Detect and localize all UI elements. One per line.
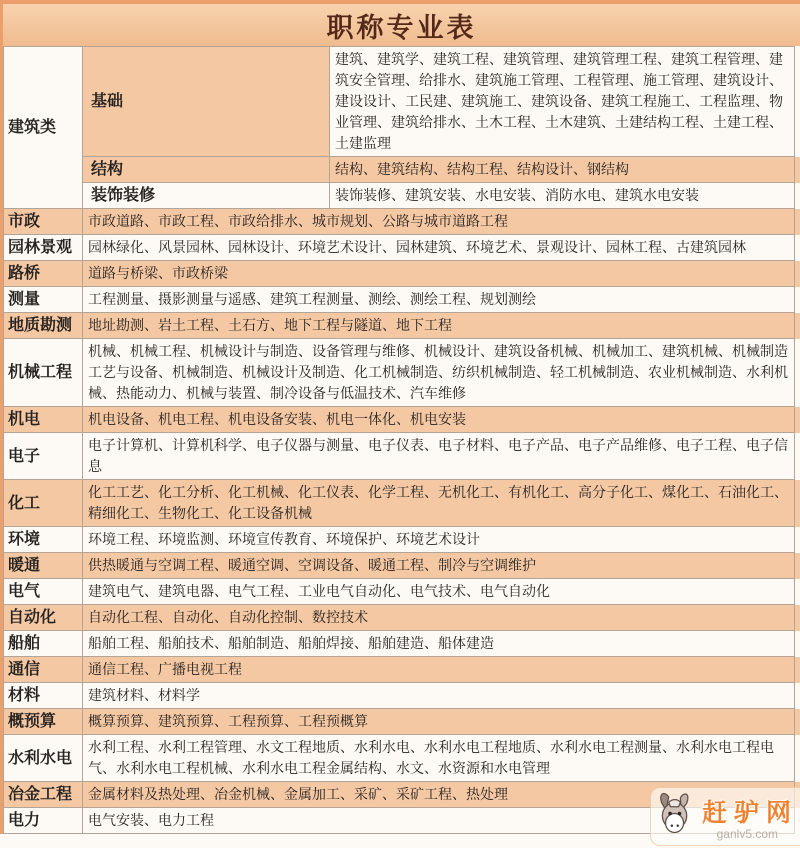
specialties-cell: 建筑材料、材料学 bbox=[83, 683, 795, 709]
category-cell: 材料 bbox=[4, 683, 83, 709]
specialties-cell: 船舶工程、船舶技术、船舶制造、船舶焊接、船舶建造、船体建造 bbox=[83, 631, 795, 657]
category-cell: 电力 bbox=[4, 808, 83, 834]
table-edge-strip bbox=[795, 313, 800, 339]
table-row: 装饰装修 装饰装修、建筑安装、水电安装、消防水电、建筑水电安装 bbox=[4, 183, 800, 209]
watermark-site-url: ganlv5.com bbox=[717, 827, 778, 841]
category-cell: 测量 bbox=[4, 287, 83, 313]
table-edge-strip bbox=[795, 157, 800, 183]
category-cell: 环境 bbox=[4, 527, 83, 553]
table-edge-strip bbox=[795, 527, 800, 553]
table-row: 概预算 概算预算、建筑预算、工程预算、工程预概算 bbox=[4, 709, 800, 735]
subcategory-cell: 基础 bbox=[83, 47, 330, 157]
table-row: 暖通 供热暖通与空调工程、暖通空调、空调设备、暖通工程、制冷与空调维护 bbox=[4, 553, 800, 579]
table-row: 机电 机电设备、机电工程、机电设备安装、机电一体化、机电安装 bbox=[4, 407, 800, 433]
table-row: 环境 环境工程、环境监测、环境宣传教育、环境保护、环境艺术设计 bbox=[4, 527, 800, 553]
table-row: 园林景观 园林绿化、风景园林、园林设计、环境艺术设计、园林建筑、环境艺术、景观设… bbox=[4, 235, 800, 261]
specialties-cell: 结构、建筑结构、结构工程、结构设计、钢结构 bbox=[330, 157, 795, 183]
table-row: 船舶 船舶工程、船舶技术、船舶制造、船舶焊接、船舶建造、船体建造 bbox=[4, 631, 800, 657]
table-edge-strip bbox=[795, 480, 800, 527]
table-edge-strip bbox=[795, 235, 800, 261]
table-row: 市政 市政道路、市政工程、市政给排水、城市规划、公路与城市道路工程 bbox=[4, 209, 800, 235]
table-edge-strip bbox=[795, 735, 800, 782]
specialties-cell: 概算预算、建筑预算、工程预算、工程预概算 bbox=[83, 709, 795, 735]
table-row: 机械工程 机械、机械工程、机械设计与制造、设备管理与维修、机械设计、建筑设备机械… bbox=[4, 339, 800, 407]
category-cell: 园林景观 bbox=[4, 235, 83, 261]
subcategory-cell: 结构 bbox=[83, 157, 330, 183]
watermark-site-name: 赶驴网 bbox=[702, 793, 798, 829]
specialty-table: 建筑类 基础 建筑、建筑学、建筑工程、建筑管理、建筑管理工程、建筑工程管理、建筑… bbox=[3, 46, 800, 834]
table-edge-strip bbox=[795, 339, 800, 407]
specialties-cell: 装饰装修、建筑安装、水电安装、消防水电、建筑水电安装 bbox=[330, 183, 795, 209]
category-cell: 船舶 bbox=[4, 631, 83, 657]
category-cell: 概预算 bbox=[4, 709, 83, 735]
title-bar: 职称专业表 bbox=[3, 4, 800, 46]
category-cell: 机电 bbox=[4, 407, 83, 433]
table-row: 材料 建筑材料、材料学 bbox=[4, 683, 800, 709]
table-row: 水利水电 水利工程、水利工程管理、水文工程地质、水利水电、水利水电工程地质、水利… bbox=[4, 735, 800, 782]
table-row: 结构 结构、建筑结构、结构工程、结构设计、钢结构 bbox=[4, 157, 800, 183]
category-cell: 路桥 bbox=[4, 261, 83, 287]
specialties-cell: 建筑、建筑学、建筑工程、建筑管理、建筑管理工程、建筑工程管理、建筑安全管理、给排… bbox=[330, 47, 795, 157]
table-edge-strip bbox=[795, 553, 800, 579]
table-row: 路桥 道路与桥梁、市政桥梁 bbox=[4, 261, 800, 287]
table-edge-strip bbox=[795, 657, 800, 683]
table-edge-strip bbox=[795, 683, 800, 709]
table-row: 化工 化工工艺、化工分析、化工机械、化工仪表、化学工程、无机化工、有机化工、高分… bbox=[4, 480, 800, 527]
table-row: 电子 电子计算机、计算机科学、电子仪器与测量、电子仪表、电子材料、电子产品、电子… bbox=[4, 433, 800, 480]
table-row: 电气 建筑电气、建筑电器、电气工程、工业电气自动化、电气技术、电气自动化 bbox=[4, 579, 800, 605]
specialty-table-panel: 职称专业表 建筑类 基础 建筑、建筑学、建筑工程、建筑管理、建筑管理工程、建筑工… bbox=[0, 0, 800, 834]
specialties-cell: 化工工艺、化工分析、化工机械、化工仪表、化学工程、无机化工、有机化工、高分子化工… bbox=[83, 480, 795, 527]
table-edge-strip bbox=[795, 407, 800, 433]
table-edge-strip bbox=[795, 579, 800, 605]
specialties-cell: 道路与桥梁、市政桥梁 bbox=[83, 261, 795, 287]
specialties-cell: 园林绿化、风景园林、园林设计、环境艺术设计、园林建筑、环境艺术、景观设计、园林工… bbox=[83, 235, 795, 261]
donkey-logo-icon bbox=[657, 791, 693, 842]
table-row: 通信 通信工程、广播电视工程 bbox=[4, 657, 800, 683]
specialties-cell: 环境工程、环境监测、环境宣传教育、环境保护、环境艺术设计 bbox=[83, 527, 795, 553]
specialties-cell: 通信工程、广播电视工程 bbox=[83, 657, 795, 683]
specialties-cell: 市政道路、市政工程、市政给排水、城市规划、公路与城市道路工程 bbox=[83, 209, 795, 235]
specialties-cell: 供热暖通与空调工程、暖通空调、空调设备、暖通工程、制冷与空调维护 bbox=[83, 553, 795, 579]
category-cell: 冶金工程 bbox=[4, 782, 83, 808]
category-cell: 市政 bbox=[4, 209, 83, 235]
specialties-cell: 工程测量、摄影测量与遥感、建筑工程测量、测绘、测绘工程、规划测绘 bbox=[83, 287, 795, 313]
table-row: 地质勘测 地址勘测、岩土工程、土石方、地下工程与隧道、地下工程 bbox=[4, 313, 800, 339]
specialties-cell: 自动化工程、自动化、自动化控制、数控技术 bbox=[83, 605, 795, 631]
category-cell: 暖通 bbox=[4, 553, 83, 579]
table-edge-strip bbox=[795, 183, 800, 209]
table-row: 自动化 自动化工程、自动化、自动化控制、数控技术 bbox=[4, 605, 800, 631]
category-cell: 自动化 bbox=[4, 605, 83, 631]
category-cell: 地质勘测 bbox=[4, 313, 83, 339]
watermark: 赶驴网 ganlv5.com bbox=[650, 787, 800, 846]
page-title: 职称专业表 bbox=[327, 6, 477, 45]
table-edge-strip bbox=[795, 47, 800, 157]
specialties-cell: 建筑电气、建筑电器、电气工程、工业电气自动化、电气技术、电气自动化 bbox=[83, 579, 795, 605]
specialties-cell: 水利工程、水利工程管理、水文工程地质、水利水电、水利水电工程地质、水利水电工程测… bbox=[83, 735, 795, 782]
table-row: 建筑类 基础 建筑、建筑学、建筑工程、建筑管理、建筑管理工程、建筑工程管理、建筑… bbox=[4, 47, 800, 157]
table-edge-strip bbox=[795, 209, 800, 235]
table-edge-strip bbox=[795, 433, 800, 480]
category-cell: 机械工程 bbox=[4, 339, 83, 407]
table-edge-strip bbox=[795, 631, 800, 657]
table-edge-strip bbox=[795, 709, 800, 735]
table-edge-strip bbox=[795, 605, 800, 631]
category-cell: 化工 bbox=[4, 480, 83, 527]
table-edge-strip bbox=[795, 287, 800, 313]
category-cell: 电子 bbox=[4, 433, 83, 480]
subcategory-cell: 装饰装修 bbox=[83, 183, 330, 209]
category-cell: 建筑类 bbox=[4, 47, 83, 209]
table-edge-strip bbox=[795, 261, 800, 287]
category-cell: 水利水电 bbox=[4, 735, 83, 782]
specialties-cell: 机械、机械工程、机械设计与制造、设备管理与维修、机械设计、建筑设备机械、机械加工… bbox=[83, 339, 795, 407]
specialties-cell: 机电设备、机电工程、机电设备安装、机电一体化、机电安装 bbox=[83, 407, 795, 433]
table-row: 测量 工程测量、摄影测量与遥感、建筑工程测量、测绘、测绘工程、规划测绘 bbox=[4, 287, 800, 313]
category-cell: 电气 bbox=[4, 579, 83, 605]
specialties-cell: 电子计算机、计算机科学、电子仪器与测量、电子仪表、电子材料、电子产品、电子产品维… bbox=[83, 433, 795, 480]
specialties-cell: 地址勘测、岩土工程、土石方、地下工程与隧道、地下工程 bbox=[83, 313, 795, 339]
category-cell: 通信 bbox=[4, 657, 83, 683]
